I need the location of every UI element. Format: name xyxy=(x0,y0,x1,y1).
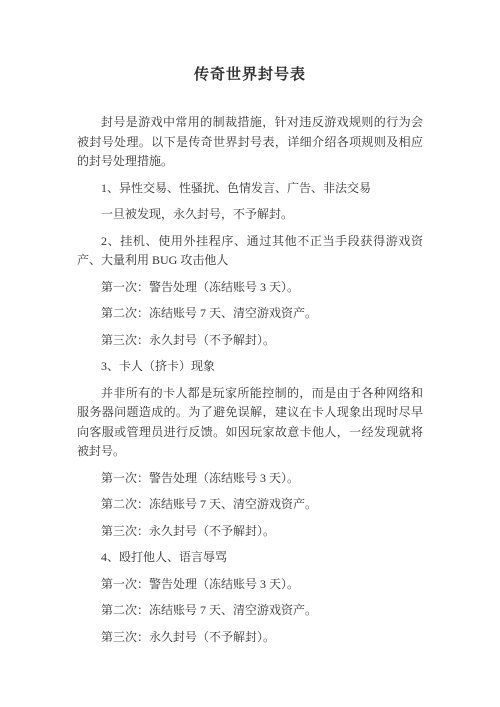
paragraph: 第三次：永久封号（不予解封）。 xyxy=(77,331,423,351)
paragraph: 第三次：永久封号（不予解封）。 xyxy=(77,522,423,542)
paragraph: 1、异性交易、性骚扰、色情发言、广告、非法交易 xyxy=(77,179,423,199)
paragraph: 第一次：警告处理（冻结账号 3 天）。 xyxy=(77,575,423,595)
paragraph: 并非所有的卡人都是玩家所能控制的，而是由于各种网络和服务器问题造成的。为了避免误… xyxy=(77,384,423,462)
document-title: 传奇世界封号表 xyxy=(77,64,423,86)
paragraph: 第三次：永久封号（不予解封）。 xyxy=(77,628,423,648)
paragraph: 3、卡人（挤卡）现象 xyxy=(77,357,423,377)
paragraph: 第二次：冻结账号 7 天、清空游戏资产。 xyxy=(77,601,423,621)
paragraph: 4、殴打他人、语言辱骂 xyxy=(77,548,423,568)
document-content: 传奇世界封号表 封号是游戏中常用的制裁措施，针对违反游戏规则的行为会被封号处理。… xyxy=(0,0,500,647)
paragraph: 第一次：警告处理（冻结账号 3 天）。 xyxy=(77,278,423,298)
paragraph: 第一次：警告处理（冻结账号 3 天）。 xyxy=(77,469,423,489)
paragraph: 封号是游戏中常用的制裁措施，针对违反游戏规则的行为会被封号处理。以下是传奇世界封… xyxy=(77,113,423,172)
paragraph: 2、挂机、使用外挂程序、通过其他不正当手段获得游戏资产、大量利用 BUG 攻击他… xyxy=(77,232,423,271)
paragraph: 一旦被发现，永久封号，不予解封。 xyxy=(77,205,423,225)
paragraph: 第二次：冻结账号 7 天、清空游戏资产。 xyxy=(77,304,423,324)
document-page: 传奇世界封号表 封号是游戏中常用的制裁措施，针对违反游戏规则的行为会被封号处理。… xyxy=(0,0,500,707)
paragraph-list: 封号是游戏中常用的制裁措施，针对违反游戏规则的行为会被封号处理。以下是传奇世界封… xyxy=(77,113,423,647)
paragraph: 第二次：冻结账号 7 天、清空游戏资产。 xyxy=(77,495,423,515)
